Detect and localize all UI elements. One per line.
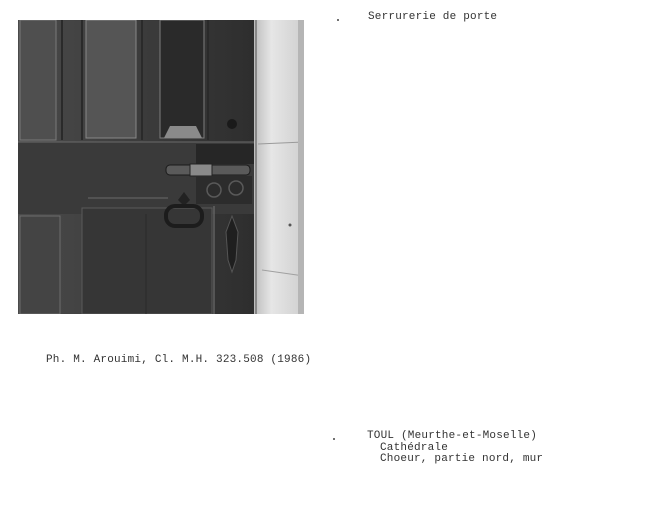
bullet-dot-title	[337, 19, 339, 21]
location-city: TOUL (Meurthe-et-Moselle)	[367, 430, 537, 442]
door-lock-photo	[18, 20, 304, 314]
photo-credit: Ph. M. Arouimi, Cl. M.H. 323.508 (1986)	[46, 354, 311, 366]
bullet-dot-location	[333, 438, 335, 440]
card-title: Serrurerie de porte	[368, 11, 497, 23]
location-detail: Choeur, partie nord, mur	[380, 453, 543, 465]
